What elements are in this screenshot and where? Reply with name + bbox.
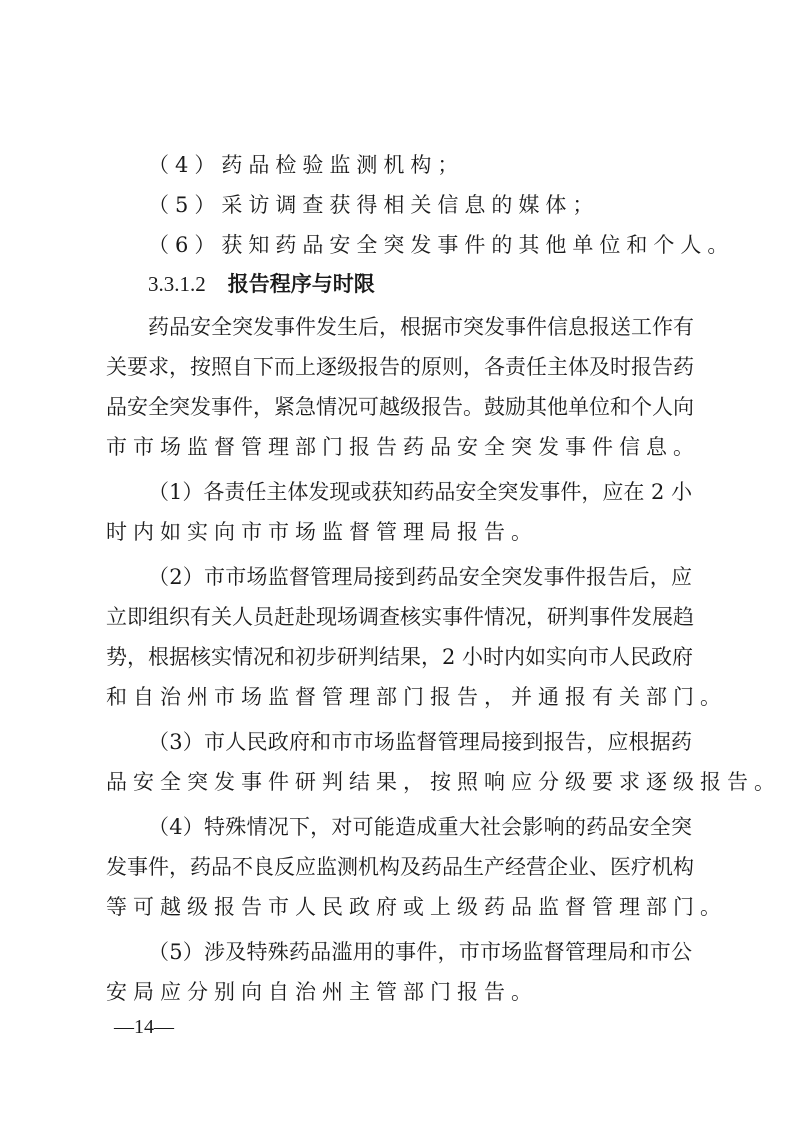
paragraph-line: 市市场监督管理部门报告药品安全突发事件信息。 [106, 432, 692, 462]
page-number: —14— [114, 1016, 174, 1039]
item-5-line: 安局应分别向自治州主管部门报告。 [106, 977, 692, 1007]
paragraph-line: 品安全突发事件，紧急情况可越级报告。鼓励其他单位和个人向 [106, 392, 692, 422]
item-4-line: 发事件，药品不良反应监测机构及药品生产经营企业、医疗机构 [106, 852, 692, 882]
paragraph-line: 药品安全突发事件发生后，根据市突发事件信息报送工作有 [148, 312, 692, 342]
list-item: （6）获知药品安全突发事件的其他单位和个人。 [148, 230, 692, 260]
item-1-line: （1）各责任主体发现或获知药品安全突发事件，应在 2 小 [148, 477, 692, 507]
item-3-line: （3）市人民政府和市市场监督管理局接到报告，应根据药 [148, 727, 692, 757]
item-2-line: 立即组织有关人员赶赴现场调查核实事件情况，研判事件发展趋 [106, 602, 692, 632]
section-heading: 3.3.1.2报告程序与时限 [148, 269, 375, 299]
item-4-line: （4）特殊情况下，对可能造成重大社会影响的药品安全突 [148, 812, 692, 842]
list-item: （4）药品检验监测机构； [148, 150, 692, 180]
item-3-line: 品安全突发事件研判结果，按照响应分级要求逐级报告。 [106, 767, 692, 797]
item-5-line: （5）涉及特殊药品滥用的事件，市市场监督管理局和市公 [148, 937, 692, 967]
document-page: （4）药品检验监测机构； （5）采访调查获得相关信息的媒体； （6）获知药品安全… [0, 0, 793, 1122]
item-4-line: 等可越级报告市人民政府或上级药品监督管理部门。 [106, 892, 692, 922]
section-number: 3.3.1.2 [148, 272, 206, 296]
item-2-line: （2）市市场监督管理局接到药品安全突发事件报告后，应 [148, 562, 692, 592]
item-2-line: 和自治州市场监督管理部门报告，并通报有关部门。 [106, 682, 692, 712]
paragraph-line: 关要求，按照自下而上逐级报告的原则，各责任主体及时报告药 [106, 352, 692, 382]
section-title: 报告程序与时限 [228, 272, 375, 296]
list-item: （5）采访调查获得相关信息的媒体； [148, 190, 692, 220]
item-2-line: 势，根据核实情况和初步研判结果，2 小时内如实向市人民政府 [106, 642, 692, 672]
item-1-line: 时内如实向市市场监督管理局报告。 [106, 517, 692, 547]
